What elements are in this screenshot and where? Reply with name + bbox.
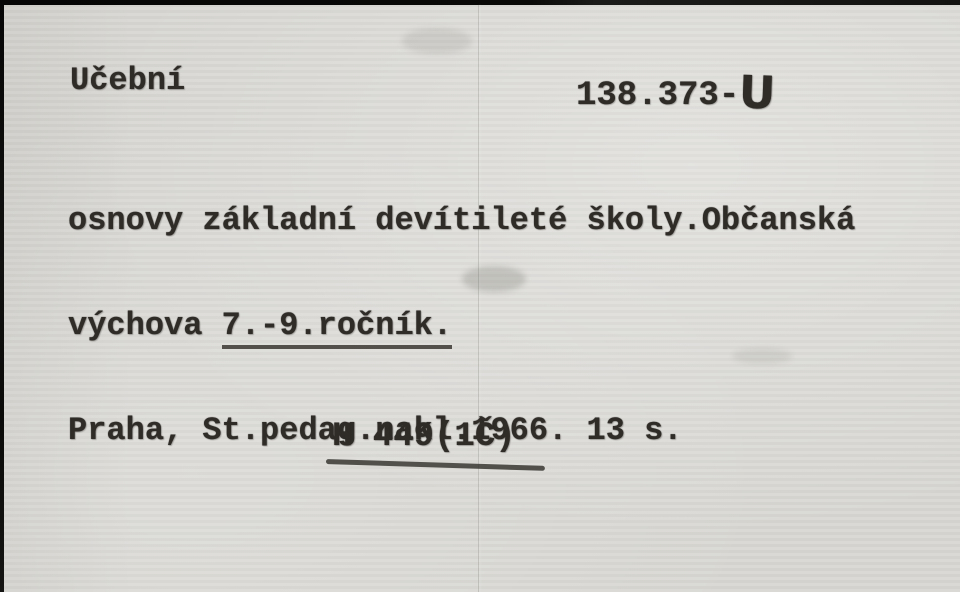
- catalog-card-scan: Učební 138.373-U osnovy základní devítil…: [0, 0, 960, 592]
- call-number-suffix-handwritten: U: [739, 77, 777, 108]
- call-number: 138.373-U: [576, 74, 776, 115]
- title-line-2: výchova 7.-9.ročník.: [68, 308, 855, 343]
- scan-left-edge: [0, 0, 4, 592]
- scan-top-edge: [0, 0, 960, 5]
- call-number-typed: 138.373-: [576, 77, 739, 115]
- bibliographic-entry: osnovy základní devítileté školy.Občansk…: [68, 133, 855, 518]
- title-line-2-prefix: výchova: [68, 307, 222, 344]
- heading-word: Učební: [70, 62, 185, 99]
- underlined-volume-range: 7.-9.ročník.: [222, 307, 452, 349]
- shelf-mark: H 449(1Č): [332, 418, 516, 456]
- ink-smudge: [402, 28, 472, 54]
- title-line-1: osnovy základní devítileté školy.Občansk…: [68, 203, 855, 238]
